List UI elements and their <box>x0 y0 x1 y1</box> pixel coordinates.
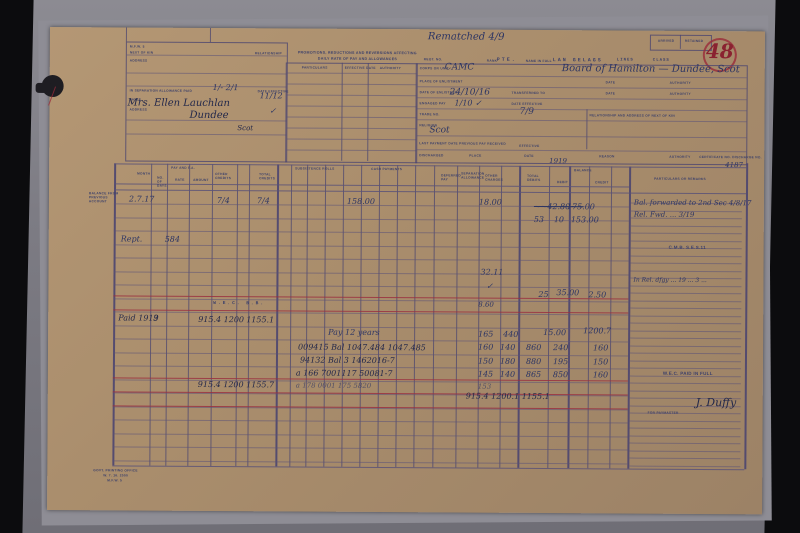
row2-remarks: Rel. Fwd. ... 3/19 <box>634 211 695 219</box>
row11-other-charges: 145 <box>478 370 493 379</box>
row11-debit: 850 <box>553 370 568 379</box>
header-pay-fa: PAY AND F.A. <box>171 166 195 170</box>
label-engaged-pay: ENGAGED PAY <box>420 101 446 105</box>
grid-line <box>631 233 742 235</box>
grid-line <box>629 450 740 452</box>
row12-remarks: W.E.C. Paid in Full <box>663 371 713 376</box>
row10-other-charges: 150 <box>478 357 493 366</box>
grid-line <box>114 257 629 261</box>
row11-note: a 166 7001117 50081-7 <box>296 369 393 379</box>
row1-debit: 175.00 <box>567 202 595 211</box>
row3-days: 584 <box>165 235 180 244</box>
row1-cash-payments: 158.00 <box>347 197 375 206</box>
row6-total-debits: 25 <box>538 290 548 299</box>
grid-line <box>630 308 741 310</box>
grid-line <box>630 345 741 347</box>
grid-line <box>113 405 628 409</box>
grid-line <box>114 230 629 234</box>
allowance-amount: 1/- 2/1 <box>213 83 239 92</box>
grid-line <box>630 428 741 430</box>
row8-days: 3 <box>153 314 158 323</box>
row11-deferred: 140 <box>500 370 515 379</box>
grid-line <box>630 435 741 437</box>
pay-ledger-card: M.F.W. 5 NEXT OF KIN RELATIONSHIP ADDRES… <box>47 27 765 514</box>
label-date-effective-2: DATE EFFECTIVE <box>512 102 543 106</box>
grid-line <box>113 419 628 423</box>
row5-other-charges: ✓ <box>486 282 493 291</box>
header-authority: AUTHORITY <box>380 66 401 70</box>
grid-line <box>744 163 747 469</box>
row2-credit: 153.00 <box>571 215 599 224</box>
row8-total-debits: 440 <box>503 330 518 339</box>
grid-line <box>631 255 742 257</box>
row8-other-charges: 165 <box>478 330 493 339</box>
row9-debit: 240 <box>553 343 568 352</box>
grid-line <box>627 167 630 469</box>
typed-lines: LINES <box>617 58 634 62</box>
form-title-line-2: DAILY RATE OF PAY AND ALLOWANCES <box>318 57 397 61</box>
header-rate: RATE <box>175 178 185 182</box>
grid-line <box>112 460 627 464</box>
row8-note: Pay 12 years <box>328 328 380 337</box>
footer-print-3: M.F.W. 5 <box>107 478 122 482</box>
header-deferred-pay: DEFERRED PAY <box>441 173 459 181</box>
row2-debit: 10 <box>554 215 564 224</box>
header-balance: BALANCE <box>574 168 592 172</box>
grid-line <box>630 293 741 295</box>
row8-other-credits: 1155.1 <box>246 315 274 324</box>
header-total-debits: TOTAL DEBITS <box>527 174 545 182</box>
grid-line <box>114 189 746 194</box>
row9-note: 009415 Bal 1047.484 1047.485 <box>298 343 426 353</box>
row6-remarks: In Rel. dfgy ... 19 ... 3 ... <box>633 277 713 284</box>
label-date-2: DATE <box>606 91 616 95</box>
row10-debit: 195 <box>553 357 568 366</box>
header-amount: AMOUNT <box>193 178 209 182</box>
row8-credit: 1200.7 <box>583 326 611 335</box>
grid-line <box>630 330 741 332</box>
label-regt-no: REGT. NO. <box>424 57 443 61</box>
row1-month: 2.7.17 <box>129 194 155 203</box>
row6-credit: 2.50 <box>588 290 606 299</box>
engaged-pay-value: 1/10 ✓ <box>455 98 482 107</box>
grid-line <box>629 465 740 467</box>
row10-note: 94132 Bal 3 1462016-7 <box>300 356 395 366</box>
grid-line <box>630 315 741 317</box>
row8-debit: 15.00 <box>543 328 566 337</box>
grid-line <box>631 270 742 272</box>
header-effective-date: EFFECTIVE DATE <box>345 66 376 70</box>
label-next-of-kin-relationship: RELATIONSHIP AND ADDRESS OF NEXT OF KIN <box>589 113 675 118</box>
row12-note: a 178 0001 175 5820 <box>296 382 371 390</box>
label-balance-from-previous: BALANCE FROM PREVIOUS ACCOUNT <box>89 191 121 203</box>
grid-line <box>631 225 742 227</box>
footer-remark: FOR PAYMASTER <box>648 411 679 415</box>
discharged-date: 1919 <box>549 157 567 165</box>
grid-line <box>630 353 741 355</box>
row11-credit: 160 <box>593 370 608 379</box>
label-address-2: ADDRESS <box>129 107 147 111</box>
grid-line <box>630 390 741 392</box>
grid-line <box>629 458 740 460</box>
label-effective: EFFECTIVE <box>519 144 539 148</box>
row11-total-debits: 865 <box>526 370 541 379</box>
row4-other-charges: 32.11 <box>480 268 503 277</box>
header-handwritten-note: Rematched 4/9 <box>428 31 505 42</box>
paymaster-signature: J. Duffy <box>696 396 737 409</box>
grid-line <box>630 413 741 415</box>
corps-value: CAMC <box>445 62 475 72</box>
box-arrived: ARRIVED <box>658 39 674 43</box>
allowance-date-effective: 11/12 <box>260 91 283 100</box>
label-certificate: CERTIFICATE No. DISCHARGE No. <box>699 155 762 159</box>
row8-amount: 915.4 1200 <box>198 315 244 324</box>
binder-clip-top <box>36 83 52 93</box>
row1-total-credits: 7/4 <box>257 196 270 205</box>
grid-line <box>112 446 627 450</box>
header-credit: CREDIT <box>595 180 609 184</box>
grid-line <box>114 217 629 221</box>
header-subsistence-rolls: SUBSISTENCE ROLLS <box>295 167 334 171</box>
row1-other-credits: 7/4 <box>217 196 230 205</box>
typed-class: CLASS <box>653 59 670 63</box>
label-separation-allowance: IN SEPARATION ALLOWANCE PAID <box>130 88 192 92</box>
grid-line <box>631 263 742 265</box>
grid-line <box>630 323 741 325</box>
grid-line <box>630 338 741 340</box>
form-number: M.F.W. 5 <box>130 44 145 48</box>
header-total-credits: TOTAL CREDITS <box>259 172 277 180</box>
label-address: ADDRESS <box>130 58 148 62</box>
enlistment-date: 24/10/16 <box>450 87 490 97</box>
label-place-of-enlistment: PLACE OF ENLISTMENT <box>420 79 463 83</box>
row1-remarks: Bal. forwarded to 2nd Sec 4/8/17 <box>634 199 752 208</box>
grid-line <box>114 244 629 248</box>
label-date: DATE <box>606 80 616 84</box>
unit-value: Board of Hamilton — Dundee, Scot <box>562 63 740 75</box>
grid-line <box>113 338 628 342</box>
label-transferred-to: TRANSFERRED TO <box>512 91 546 95</box>
grid-line <box>114 271 629 275</box>
header-month: MONTH <box>137 172 150 176</box>
row1-other-charges: 18.00 <box>479 198 502 207</box>
promotions-table <box>285 62 418 163</box>
row7-particulars-typed: W.E.C. B.B. <box>213 301 265 306</box>
grid-line <box>630 285 741 287</box>
grid-line <box>114 183 629 187</box>
header-other-credits: OTHER CREDITS <box>215 172 233 180</box>
label-authority: AUTHORITY <box>670 81 691 85</box>
row9-credit: 160 <box>593 343 608 352</box>
row9-total-debits: 860 <box>526 343 541 352</box>
row2-total-debits: 53 <box>534 215 544 224</box>
header-no-of-days: NO. OF DAYS <box>157 176 169 188</box>
grid-line <box>630 300 741 302</box>
label-discharge-date: DATE <box>524 154 534 158</box>
header-particulars-remarks: PARTICULARS OR REMARKS <box>654 177 706 181</box>
grid-line <box>630 383 741 385</box>
label-discharged: DISCHARGED <box>419 153 443 157</box>
label-authority-3: AUTHORITY <box>669 155 690 159</box>
grid-line <box>630 420 741 422</box>
header-particulars: PARTICULARS <box>302 66 328 70</box>
row7-other-charges: 8.60 <box>478 301 494 309</box>
grid-line <box>113 433 628 437</box>
label-rank: RANK <box>487 59 497 63</box>
grid-line <box>630 360 741 362</box>
row6-debit: 35.00 <box>556 288 579 297</box>
rank-value: PTE. <box>497 57 517 63</box>
footer-print-1: GOVT. PRINTING OFFICE <box>93 468 138 472</box>
header-other-charges: OTHER CHARGES <box>485 174 503 182</box>
form-title-line-1: PROMOTIONS, REDUCTIONS AND REVERSIONS AF… <box>298 51 417 56</box>
religion-value: Scot <box>429 125 449 135</box>
label-trade: TRADE NO. <box>419 112 439 116</box>
label-authority-2: AUTHORITY <box>670 92 691 96</box>
header-cash-payments: CASH PAYMENTS <box>371 167 402 171</box>
grid-line <box>631 240 742 242</box>
row10-deferred: 180 <box>500 357 515 366</box>
payee-suffix: Scot <box>237 124 253 132</box>
label-place: PLACE <box>469 154 481 158</box>
header-debit: DEBIT <box>557 180 568 184</box>
check-mark: ✓ <box>269 106 276 115</box>
row12-other-charges: 153 <box>478 383 491 391</box>
row9-deferred: 140 <box>500 343 515 352</box>
label-reason: REASON <box>599 154 614 158</box>
box-retained: RETAINED <box>685 39 703 43</box>
footer-print-2: W. 7. 16. 2000 <box>103 473 128 477</box>
grid-line <box>630 368 741 370</box>
row3-remarks: C.M.B. S.E.S.11 <box>669 245 706 250</box>
row3-month: Rept. <box>121 234 143 243</box>
grid-line <box>629 443 740 445</box>
label-last-payment: LAST PAYMENT DATE PREVIOUS PAY RECEIVED <box>419 141 506 146</box>
header-separation-allowance: SEPARATION ALLOWANCE <box>461 172 483 180</box>
totals-right: 915.4 1200.1 1155.1 <box>466 392 550 402</box>
label-name-in-full: NAME IN FULL <box>526 59 552 63</box>
summary-left: 915.4 1200 1155.7 <box>198 380 274 389</box>
row10-credit: 150 <box>593 357 608 366</box>
row9-other-charges: 160 <box>478 343 493 352</box>
stamp-number: 48 <box>706 39 734 63</box>
grid-line <box>113 284 628 288</box>
row10-total-debits: 880 <box>526 357 541 366</box>
